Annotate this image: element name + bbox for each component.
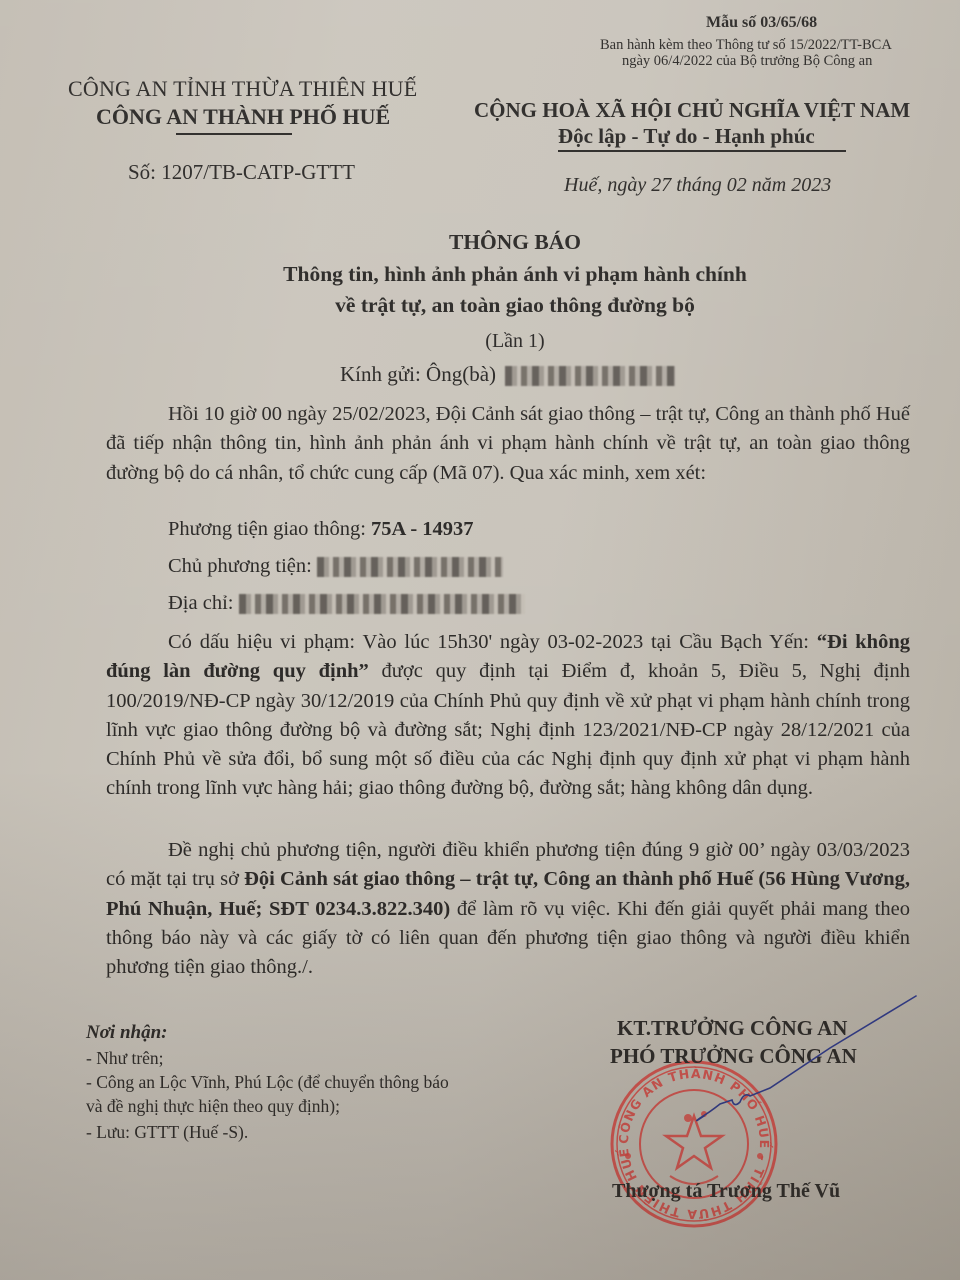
owner-field: Chủ phương tiện: [168,555,503,578]
agency-name: CÔNG AN THÀNH PHỐ HUẾ [96,104,390,130]
vehicle-label: Phương tiện giao thông: [168,518,366,540]
handwritten-signature-icon [680,992,920,1142]
motto-underline [558,150,846,152]
signer-name: Thượng tá Trương Thế Vũ [612,1180,840,1203]
recipients-item: - Như trên; [86,1048,164,1069]
vehicle-field: Phương tiện giao thông: 75A - 14937 [168,518,474,541]
notice-round: (Lần 1) [0,330,960,353]
document-number: Số: 1207/TB-CATP-GTTT [128,160,355,185]
recipient-line: Kính gửi: Ông(bà) [340,362,675,387]
request-paragraph: Đề nghị chủ phương tiện, người điều khiể… [106,836,910,982]
national-motto: Độc lập - Tự do - Hạnh phúc [558,124,815,149]
place-date: Huế, ngày 27 tháng 02 năm 2023 [564,174,831,197]
redacted-address [239,594,525,614]
intro-paragraph: Hồi 10 giờ 00 ngày 25/02/2023, Đội Cảnh … [106,400,910,488]
form-number: Mẫu số 03/65/68 [706,14,817,32]
vehicle-plate: 75A - 14937 [371,518,474,540]
form-issued-line: ngày 06/4/2022 của Bộ trưởng Bộ Công an [622,53,872,70]
document-subtitle: Thông tin, hình ảnh phản ánh vi phạm hàn… [0,262,960,287]
violation-paragraph: Có dấu hiệu vi phạm: Vào lúc 15h30' ngày… [106,628,910,804]
recipients-item: và đề nghị thực hiện theo quy định); [86,1096,340,1117]
form-issued-line: Ban hành kèm theo Thông tư số 15/2022/TT… [600,37,892,54]
recipients-title: Nơi nhận: [86,1022,167,1044]
recipient-label: Kính gửi: Ông(bà) [340,362,496,386]
recipients-item: - Công an Lộc Vĩnh, Phú Lộc (để chuyển t… [86,1072,449,1093]
redacted-owner [317,557,503,577]
agency-underline [176,133,292,135]
document-subtitle: về trật tự, an toàn giao thông đường bộ [0,293,960,318]
national-title: CỘNG HOÀ XÃ HỘI CHỦ NGHĨA VIỆT NAM [474,98,910,123]
document-title: THÔNG BÁO [0,230,960,255]
address-label: Địa chỉ: [168,592,233,614]
address-field: Địa chỉ: [168,592,525,615]
owner-label: Chủ phương tiện: [168,555,312,577]
parent-agency: CÔNG AN TỈNH THỪA THIÊN HUẾ [68,76,417,102]
recipients-item: - Lưu: GTTT (Huế -S). [86,1122,248,1143]
redacted-name [505,366,675,386]
